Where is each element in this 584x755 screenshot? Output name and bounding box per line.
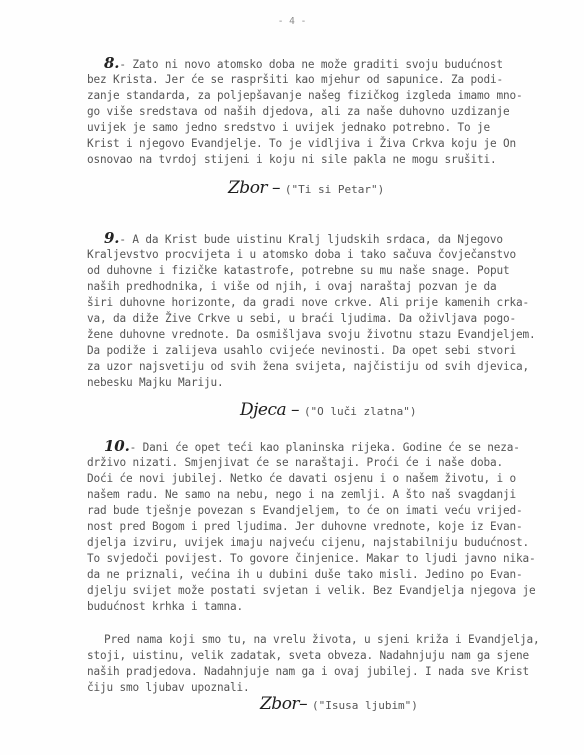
music-cue: Zbor– ("Isusa ljubim") xyxy=(260,694,418,714)
music-cue: Zbor – ("Ti si Petar") xyxy=(228,178,384,198)
closing-line-4: čiju smo ljubav upoznali. xyxy=(87,680,250,696)
section-10-line-7: djelja izviru, uvijek imaju najveću cije… xyxy=(87,535,529,551)
section-8-line-1: 8.- Zato ni novo atomsko doba ne može gr… xyxy=(104,55,503,73)
section-10-line-11: budućnost krhka i tamna. xyxy=(87,599,243,615)
section-10-line-5: rad bude tješnje povezan s Evandjeljem, … xyxy=(87,503,523,519)
closing-line-1: Pred nama koji smo tu, na vrelu života, … xyxy=(104,632,540,648)
song-title: ("Isusa ljubim") xyxy=(312,699,418,712)
section-10-line-10: djelju svijet može postati svjetan i vel… xyxy=(87,583,536,599)
song-title: ("O luči zlatna") xyxy=(304,405,417,418)
section-9-line-4: naših predhodnika, i više od njih, i ova… xyxy=(87,279,497,295)
section-10-line-8: To svjedoči povijest. To govore činjenic… xyxy=(87,551,536,567)
section-9-line-7: žene duhovne vrednote. Da osmišljava svo… xyxy=(87,327,536,343)
section-9-line-9: za uzor najsvetiju od svih žena svijeta,… xyxy=(87,359,529,375)
section-9-line-1: 9.- A da Krist bude uistinu Kralj ljudsk… xyxy=(104,230,503,248)
closing-line-2: stoji, uistinu, velik zadatak, sveta obv… xyxy=(87,648,529,664)
section-9-line-8: Da podiže i zalijeva usahlo cvijeće nevi… xyxy=(87,343,516,359)
performer-handwritten: Djeca xyxy=(240,400,286,420)
section-8-line-6: Krist i njegovo Evandjelje. To je vidlji… xyxy=(87,136,516,152)
section-9-line-5: širi duhovne horizonte, da gradi nove cr… xyxy=(87,295,529,311)
section-number: 9. xyxy=(104,229,119,247)
document-page: - 4 - 8.- Zato ni novo atomsko doba ne m… xyxy=(0,0,584,755)
music-cue: Djeca – ("O luči zlatna") xyxy=(240,400,417,420)
section-9-line-2: Kraljevstvo procvijeta i u atomsko doba … xyxy=(87,247,516,263)
performer-handwritten: Zbor xyxy=(228,178,267,198)
section-9-line-6: va, da diže Žive Crkve u sebi, u braći l… xyxy=(87,311,516,327)
section-8-line-4: go više sredstava od naših djedova, ali … xyxy=(87,104,510,120)
section-10-line-4: našem radu. Ne samo na nebu, nego i na z… xyxy=(87,487,516,503)
section-9-line-10: nebesku Majku Mariju. xyxy=(87,375,224,391)
closing-line-3: naših pradjedova. Nadahnjuje nam ga i ov… xyxy=(87,664,529,680)
section-number: 8. xyxy=(104,54,119,72)
song-title: ("Ti si Petar") xyxy=(285,183,384,196)
performer-handwritten: Zbor xyxy=(260,694,299,714)
section-10-line-1: 10.- Dani će opet teći kao planinska rij… xyxy=(104,438,520,456)
section-8-line-7: osnovao na tvrdoj stijeni i koju ni sile… xyxy=(87,152,497,168)
section-8-line-3: zanje standarda, za poljepšavanje našeg … xyxy=(87,88,523,104)
section-10-line-6: nost pred Bogom i pred ljudima. Jer duho… xyxy=(87,519,523,535)
section-9-line-3: od duhovne i fizičke katastrofe, potrebn… xyxy=(87,263,510,279)
section-10-line-9: da ne priznali, većina ih u dubini duše … xyxy=(87,567,523,583)
section-8-line-2: bez Krista. Jer će se raspršiti kao mjeh… xyxy=(87,72,503,88)
section-8-line-5: uvijek je samo jedno sredstvo i uvijek j… xyxy=(87,120,490,136)
page-number: - 4 - xyxy=(0,16,584,27)
section-10-line-3: Doći će novi jubilej. Netko će davati os… xyxy=(87,471,516,487)
section-10-line-2: drživo nizati. Smjenjivat će se naraštaj… xyxy=(87,455,503,471)
section-number: 10. xyxy=(104,437,130,455)
